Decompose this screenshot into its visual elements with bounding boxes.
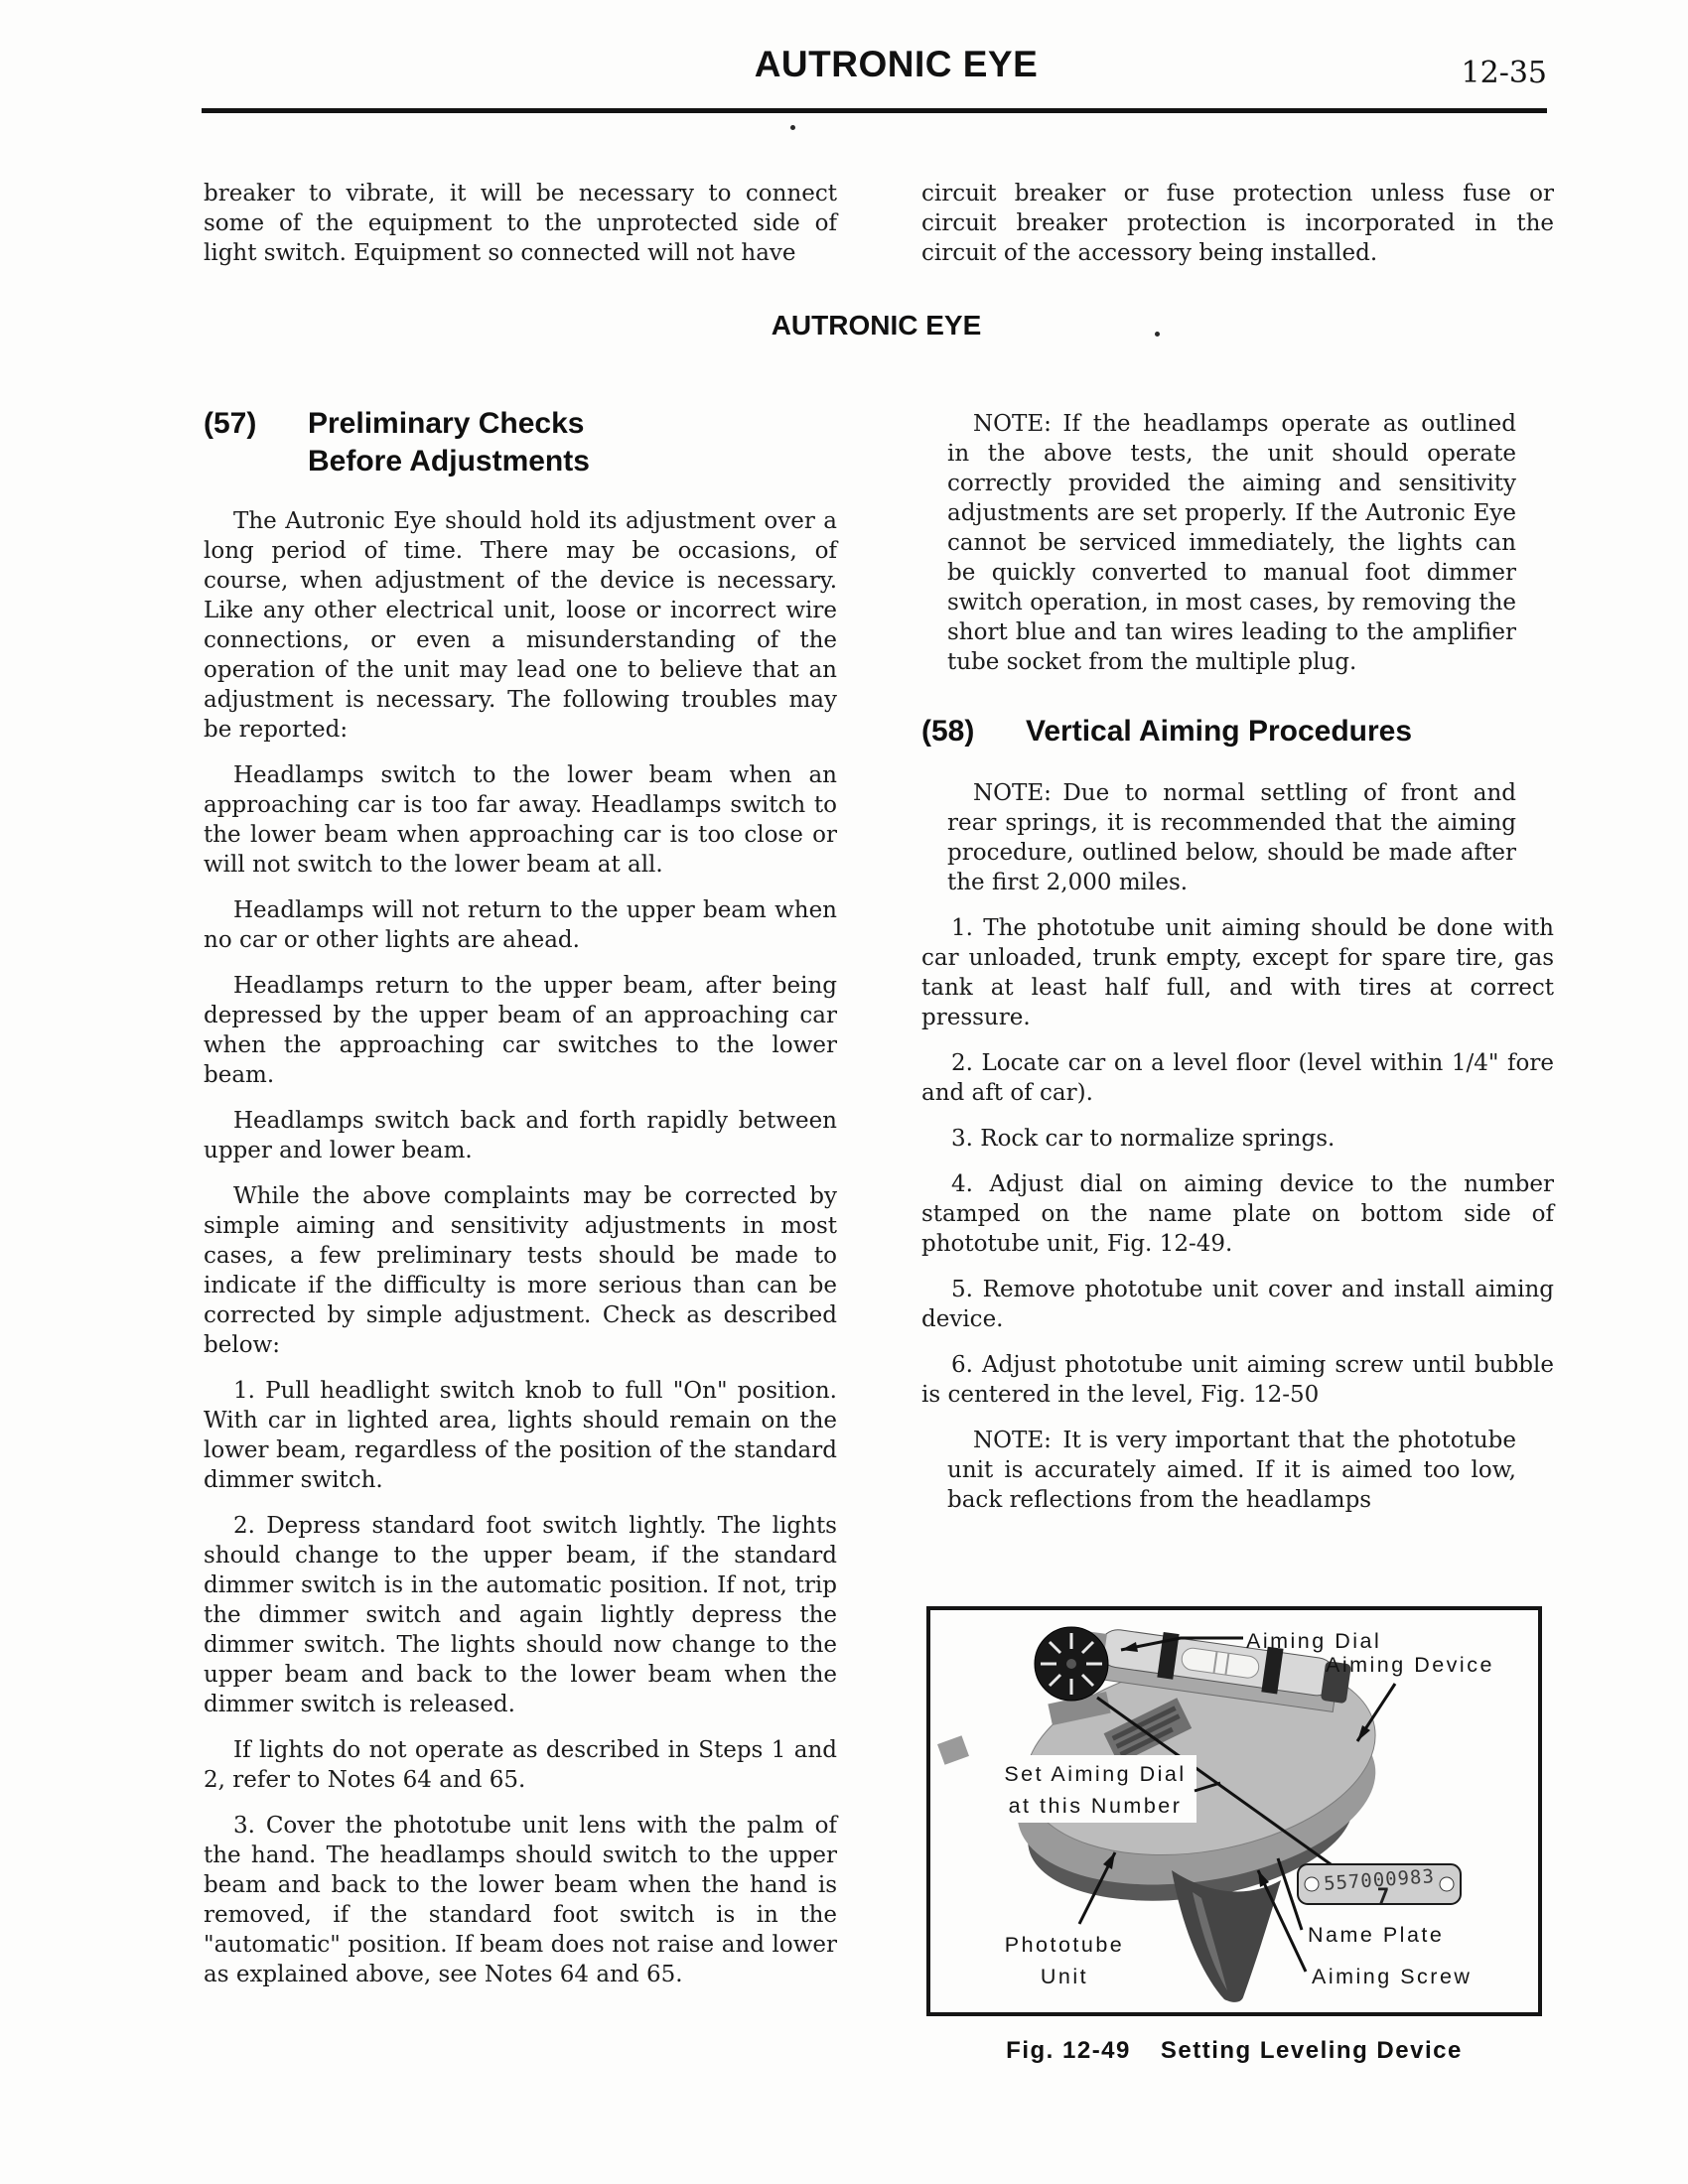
plate-dial-number: 7: [1377, 1884, 1390, 1908]
note-paragraph: NOTE: If the headlamps operate as outlin…: [921, 409, 1554, 677]
paragraph: If lights do not operate as described in…: [204, 1735, 837, 1795]
step-paragraph: 3. Rock car to normalize springs.: [921, 1124, 1554, 1154]
ink-speck: [790, 125, 795, 130]
paragraph: Headlamps return to the upper beam, afte…: [204, 971, 837, 1090]
figure-caption-number: Fig. 12-49: [1006, 2037, 1131, 2064]
manual-page: AUTRONIC EYE 12-35 breaker to vibrate, i…: [0, 0, 1688, 2184]
ink-speck: [1155, 332, 1160, 337]
step-paragraph: 1. The phototube unit aiming should be d…: [921, 913, 1554, 1032]
step-paragraph: 2. Depress standard foot switch lightly.…: [204, 1511, 837, 1719]
section-57-heading: (57) Preliminary Checks Before Adjustmen…: [204, 405, 837, 480]
section-58-number: (58): [921, 713, 1026, 751]
note-paragraph: NOTE: Due to normal settling of front an…: [921, 778, 1554, 897]
figure-illustration: 557000983 7 Aiming Dial Aiming Device Se…: [930, 1610, 1538, 2012]
figure-label-phototube-1: Phototube: [1005, 1933, 1125, 1957]
step-paragraph: 5. Remove phototube unit cover and insta…: [921, 1275, 1554, 1334]
figure-label-set-dial-1: Set Aiming Dial: [1004, 1762, 1186, 1786]
section-58-title: Vertical Aiming Procedures: [1026, 713, 1412, 751]
page-number: 12-35: [1462, 56, 1547, 90]
left-column: (57) Preliminary Checks Before Adjustmen…: [204, 405, 837, 2005]
name-plate-drawing: 557000983 7: [1298, 1864, 1461, 1908]
paragraph: Headlamps switch back and forth rapidly …: [204, 1106, 837, 1165]
intro-left-paragraph: breaker to vibrate, it will be necessary…: [204, 179, 837, 268]
section-58-heading: (58) Vertical Aiming Procedures: [921, 713, 1554, 751]
step-paragraph: 6. Adjust phototube unit aiming screw un…: [921, 1350, 1554, 1410]
step-paragraph: 2. Locate car on a level floor (level wi…: [921, 1048, 1554, 1108]
figure-12-49-frame: 557000983 7 Aiming Dial Aiming Device Se…: [926, 1606, 1542, 2016]
step-paragraph: 4. Adjust dial on aiming device to the n…: [921, 1169, 1554, 1259]
figure-caption-text: Setting Leveling Device: [1161, 2037, 1463, 2064]
section-57-number: (57): [204, 405, 308, 480]
paragraph: Headlamps switch to the lower beam when …: [204, 760, 837, 880]
note-paragraph: NOTE: It is very important that the phot…: [921, 1426, 1554, 1515]
header-rule: [202, 108, 1547, 113]
right-column: NOTE: If the headlamps operate as outlin…: [921, 409, 1554, 1531]
figure-caption: Fig. 12-49Setting Leveling Device: [926, 2037, 1542, 2065]
figure-label-aiming-screw: Aiming Screw: [1312, 1965, 1472, 1988]
section-57-title-line1: Preliminary Checks: [308, 407, 584, 440]
figure-label-set-dial-2: at this Number: [1009, 1794, 1183, 1818]
page-title: AUTRONIC EYE: [204, 44, 1549, 85]
figure-label-name-plate: Name Plate: [1308, 1923, 1444, 1947]
aiming-dial-drawing: [1035, 1627, 1111, 1725]
step-paragraph: 3. Cover the phototube unit lens with th…: [204, 1811, 837, 1989]
paragraph: While the above complaints may be correc…: [204, 1181, 837, 1360]
step-paragraph: 1. Pull headlight switch knob to full "O…: [204, 1376, 837, 1495]
section-57-title: Preliminary Checks Before Adjustments: [308, 405, 590, 480]
figure-label-phototube-2: Unit: [1041, 1965, 1088, 1988]
paragraph: Headlamps will not return to the upper b…: [204, 895, 837, 955]
mount-tab: [937, 1735, 969, 1765]
section-57-title-line2: Before Adjustments: [308, 445, 590, 478]
paragraph: The Autronic Eye should hold its adjustm…: [204, 506, 837, 745]
section-title: AUTRONIC EYE: [204, 310, 1549, 341]
figure-label-aiming-dial: Aiming Dial: [1246, 1629, 1381, 1653]
intro-right-paragraph: circuit breaker or fuse protection unles…: [921, 179, 1554, 268]
figure-label-aiming-device: Aiming Device: [1326, 1653, 1494, 1677]
